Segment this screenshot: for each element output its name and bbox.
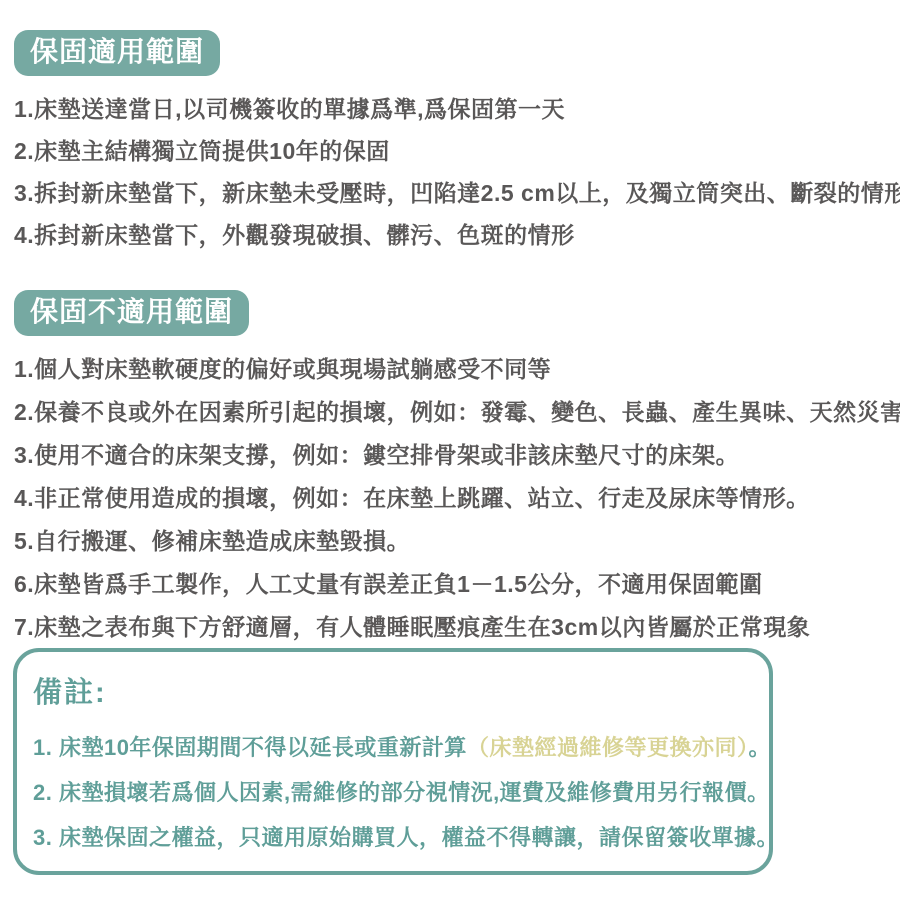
notes-box: 備註: 1. 床墊10年保固期間不得以延長或重新計算（床墊經過維修等更換亦同）。… bbox=[13, 648, 773, 875]
warranty-applicable-list: 1.床墊送達當日,以司機簽收的單據爲準,爲保固第一天 2.床墊主結構獨立筒提供1… bbox=[14, 98, 900, 247]
list-item: 5.自行搬運、修補床墊造成床墊毀損。 bbox=[14, 530, 900, 553]
warranty-infographic-page: 保固適用範圍 1.床墊送達當日,以司機簽收的單據爲準,爲保固第一天 2.床墊主結… bbox=[0, 0, 900, 906]
note-item: 2. 床墊損壞若爲個人因素,需維修的部分視情況,運費及維修費用另行報價。 bbox=[33, 782, 749, 804]
section-title-warranty-applicable: 保固適用範圍 bbox=[14, 30, 220, 76]
list-item: 6.床墊皆爲手工製作，人工丈量有誤差正負1－1.5公分，不適用保固範圍 bbox=[14, 573, 900, 596]
list-item: 3.拆封新床墊當下，新床墊未受壓時，凹陷達2.5 cm以上，及獨立筒突出、斷裂的… bbox=[14, 182, 900, 205]
list-item: 1.個人對床墊軟硬度的偏好或與現場試躺感受不同等 bbox=[14, 358, 900, 381]
warranty-not-applicable-list: 1.個人對床墊軟硬度的偏好或與現場試躺感受不同等 2.保養不良或外在因素所引起的… bbox=[14, 358, 900, 639]
note-item: 3. 床墊保固之權益，只適用原始購買人，權益不得轉讓，請保留簽收單據。 bbox=[33, 827, 749, 849]
note-highlight-text: （床墊經過維修等更換亦同） bbox=[467, 735, 749, 760]
list-item: 3.使用不適合的床架支撐，例如：鏤空排骨架或非該床墊尺寸的床架。 bbox=[14, 444, 900, 467]
list-item: 1.床墊送達當日,以司機簽收的單據爲準,爲保固第一天 bbox=[14, 98, 900, 121]
notes-title: 備註: bbox=[33, 670, 749, 711]
note-text: 1. 床墊10年保固期間不得以延長或重新計算 bbox=[33, 735, 467, 760]
section-title-warranty-not-applicable: 保固不適用範圍 bbox=[14, 290, 249, 336]
list-item: 4.拆封新床墊當下，外觀發現破損、髒污、色斑的情形 bbox=[14, 224, 900, 247]
list-item: 4.非正常使用造成的損壞，例如：在床墊上跳躍、站立、行走及尿床等情形。 bbox=[14, 487, 900, 510]
list-item: 2.保養不良或外在因素所引起的損壞，例如：發霉、變色、長蟲、產生異味、天然災害等… bbox=[14, 401, 900, 424]
note-text: 。 bbox=[748, 735, 771, 760]
note-item: 1. 床墊10年保固期間不得以延長或重新計算（床墊經過維修等更換亦同）。 bbox=[33, 737, 749, 759]
list-item: 7.床墊之表布與下方舒適層，有人體睡眠壓痕產生在3cm以內皆屬於正常現象 bbox=[14, 616, 900, 639]
list-item: 2.床墊主結構獨立筒提供10年的保固 bbox=[14, 140, 900, 163]
